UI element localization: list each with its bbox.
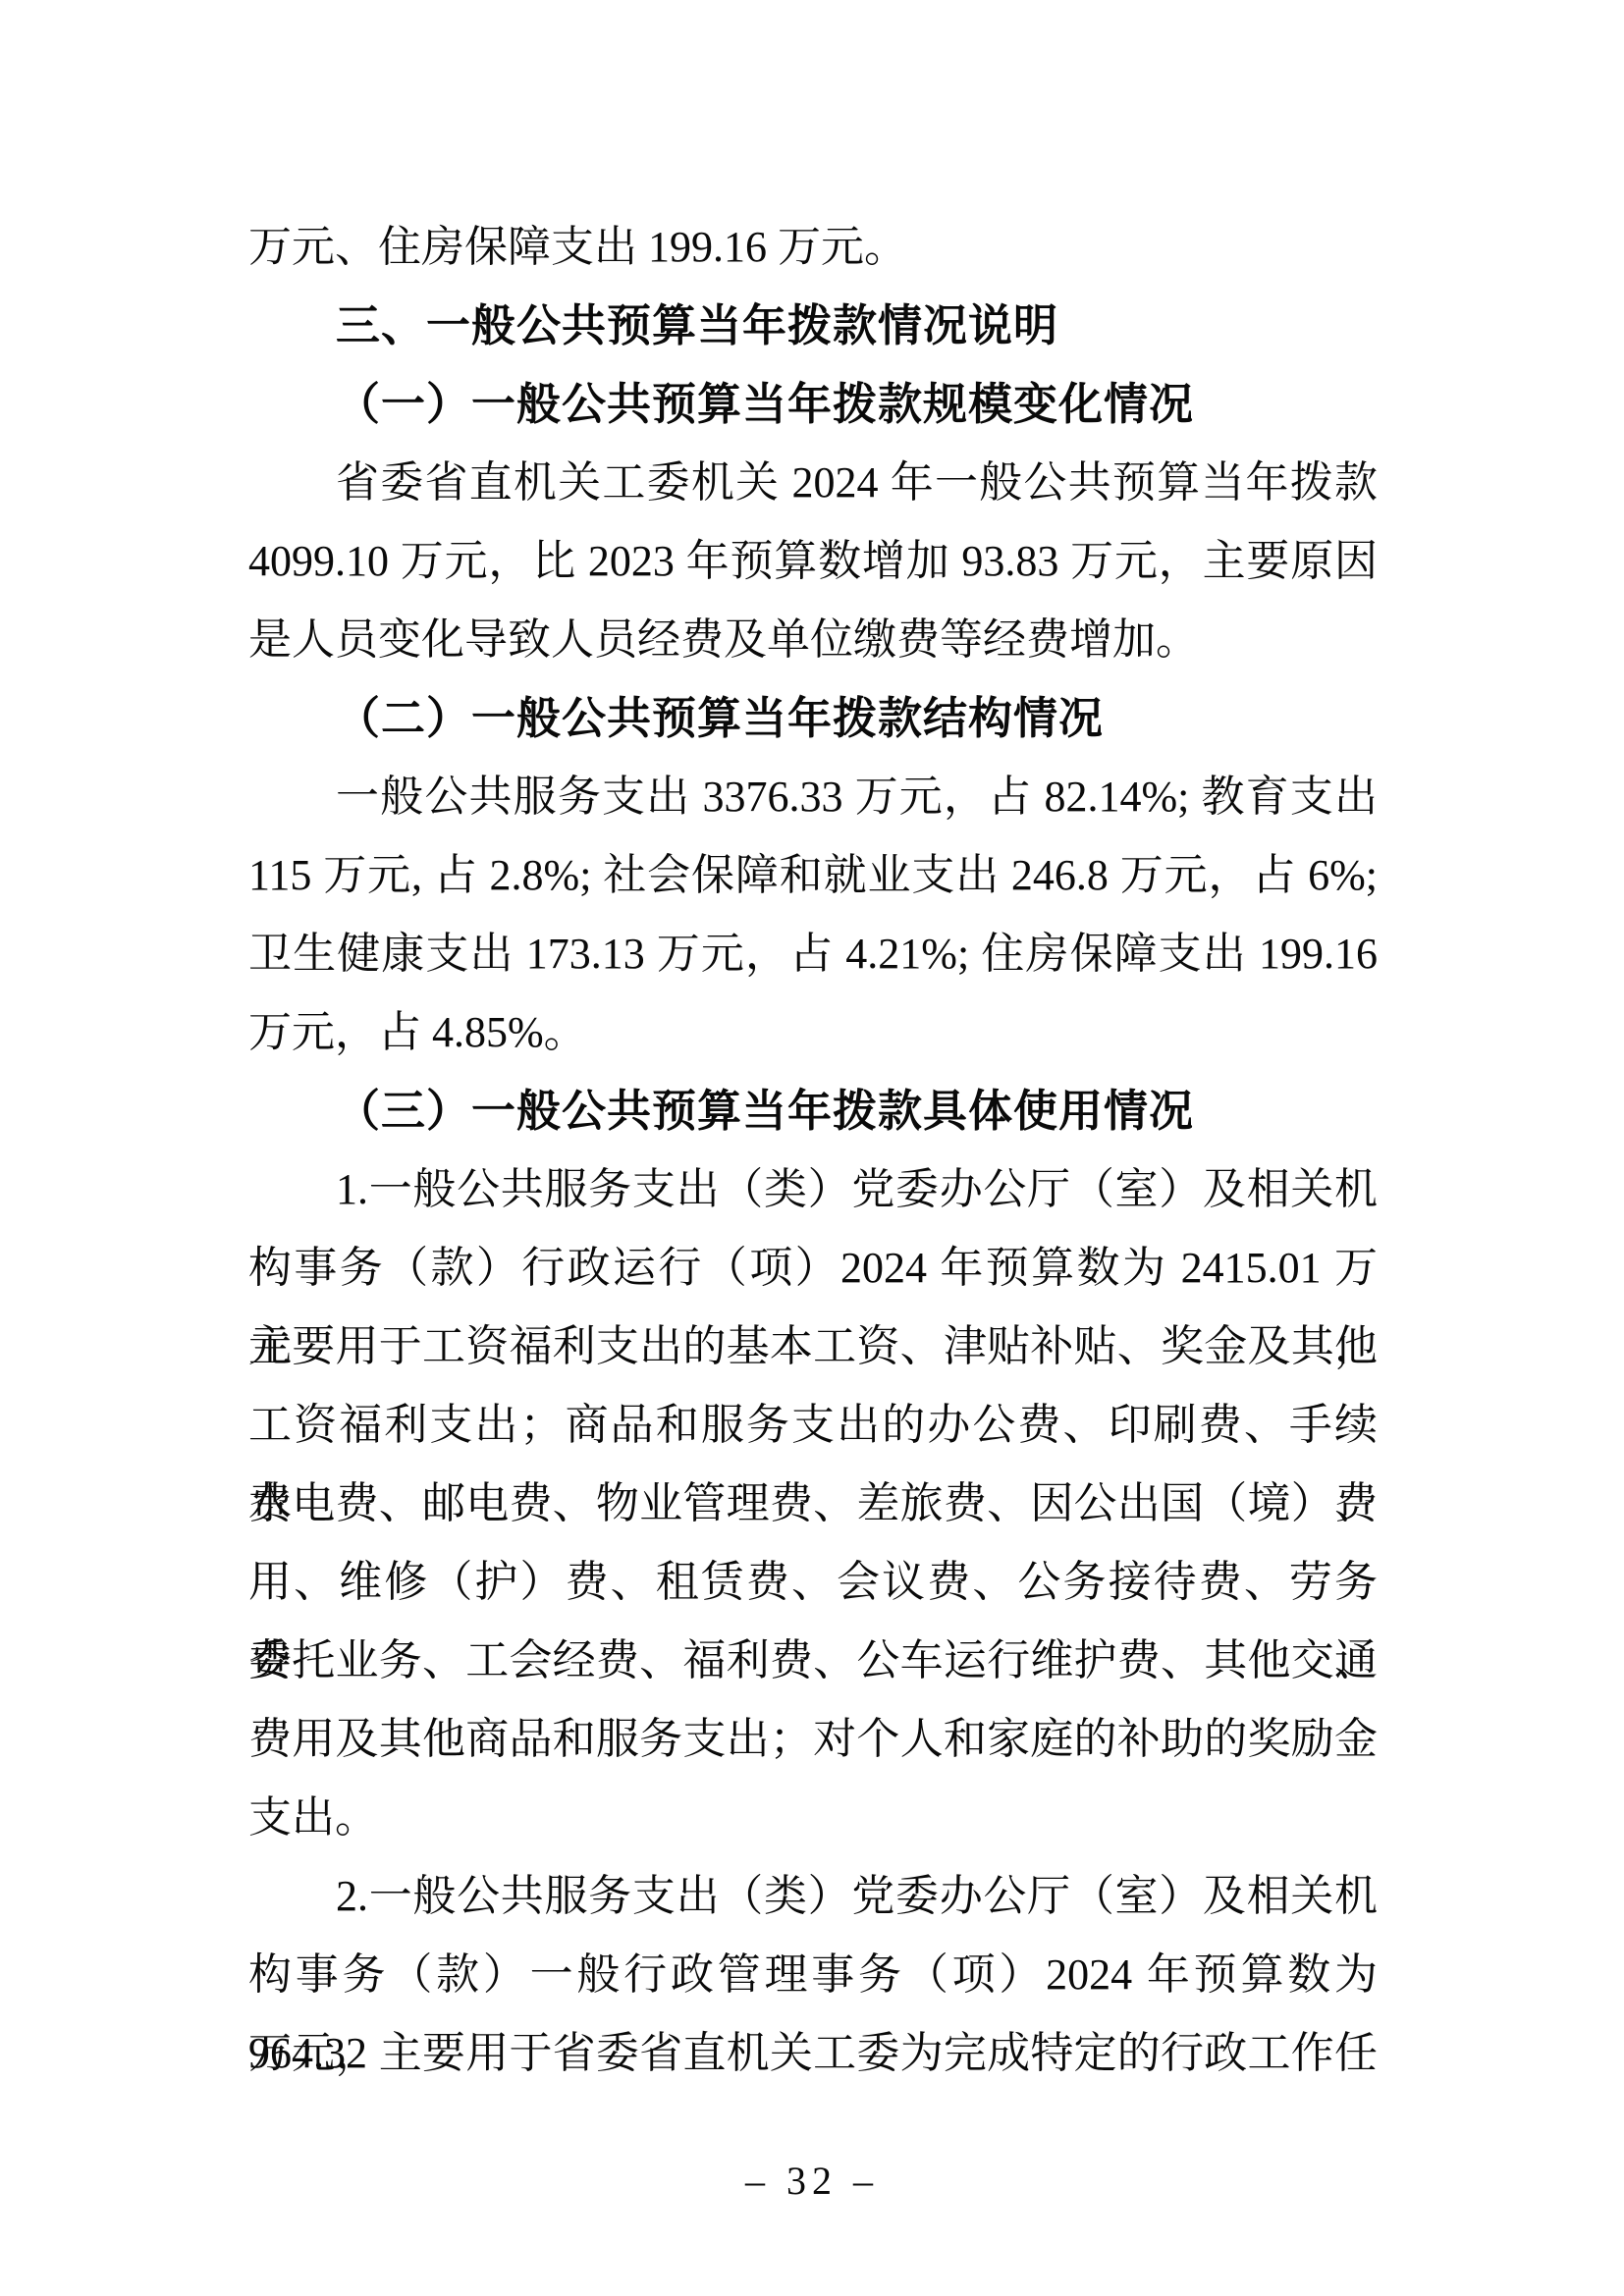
text-line: 三、一般公共预算当年拨款情况说明 bbox=[248, 287, 1378, 365]
page-number: – 32 – bbox=[745, 2159, 879, 2203]
text-line: 万元，占 4.85%。 bbox=[248, 993, 1378, 1072]
text-line: 用、维修（护）费、租赁费、会议费、公务接待费、劳务费、 bbox=[248, 1543, 1378, 1622]
text-line: 主要用于工资福利支出的基本工资、津贴补贴、奖金及其他 bbox=[248, 1308, 1378, 1386]
text-line: （三）一般公共预算当年拨款具体使用情况 bbox=[248, 1072, 1378, 1150]
page-footer: – 32 – bbox=[0, 2158, 1624, 2204]
text-line: 一般公共服务支出 3376.33 万元，占 82.14%; 教育支出 bbox=[248, 758, 1378, 836]
text-line: 115 万元, 占 2.8%; 社会保障和就业支出 246.8 万元，占 6%; bbox=[248, 836, 1378, 915]
text-line: 委托业务、工会经费、福利费、公车运行维护费、其他交通 bbox=[248, 1622, 1378, 1700]
text-line: 工资福利支出；商品和服务支出的办公费、印刷费、手续费、 bbox=[248, 1386, 1378, 1465]
text-line: 万元，主要用于省委省直机关工委为完成特定的行政工作任 bbox=[248, 2014, 1378, 2093]
text-line: 2.一般公共服务支出（类）党委办公厅（室）及相关机 bbox=[248, 1857, 1378, 1936]
text-line: （一）一般公共预算当年拨款规模变化情况 bbox=[248, 365, 1378, 444]
document-page: 万元、住房保障支出 199.16 万元。三、一般公共预算当年拨款情况说明（一）一… bbox=[0, 0, 1624, 2296]
text-line: 万元、住房保障支出 199.16 万元。 bbox=[248, 208, 1378, 287]
text-line: 是人员变化导致人员经费及单位缴费等经费增加。 bbox=[248, 601, 1378, 679]
text-line: 4099.10 万元，比 2023 年预算数增加 93.83 万元，主要原因 bbox=[248, 522, 1378, 601]
document-body: 万元、住房保障支出 199.16 万元。三、一般公共预算当年拨款情况说明（一）一… bbox=[248, 208, 1378, 2093]
text-line: 构事务（款）行政运行（项）2024 年预算数为 2415.01 万元， bbox=[248, 1229, 1378, 1308]
text-line: （二）一般公共预算当年拨款结构情况 bbox=[248, 679, 1378, 758]
text-line: 卫生健康支出 173.13 万元，占 4.21%; 住房保障支出 199.16 bbox=[248, 915, 1378, 993]
text-line: 支出。 bbox=[248, 1779, 1378, 1857]
text-line: 省委省直机关工委机关 2024 年一般公共预算当年拨款 bbox=[248, 444, 1378, 522]
text-line: 费用及其他商品和服务支出；对个人和家庭的补助的奖励金 bbox=[248, 1700, 1378, 1779]
text-line: 水电费、邮电费、物业管理费、差旅费、因公出国（境）费 bbox=[248, 1465, 1378, 1543]
text-line: 1.一般公共服务支出（类）党委办公厅（室）及相关机 bbox=[248, 1150, 1378, 1229]
text-line: 构事务（款）一般行政管理事务（项）2024 年预算数为 964.32 bbox=[248, 1936, 1378, 2014]
